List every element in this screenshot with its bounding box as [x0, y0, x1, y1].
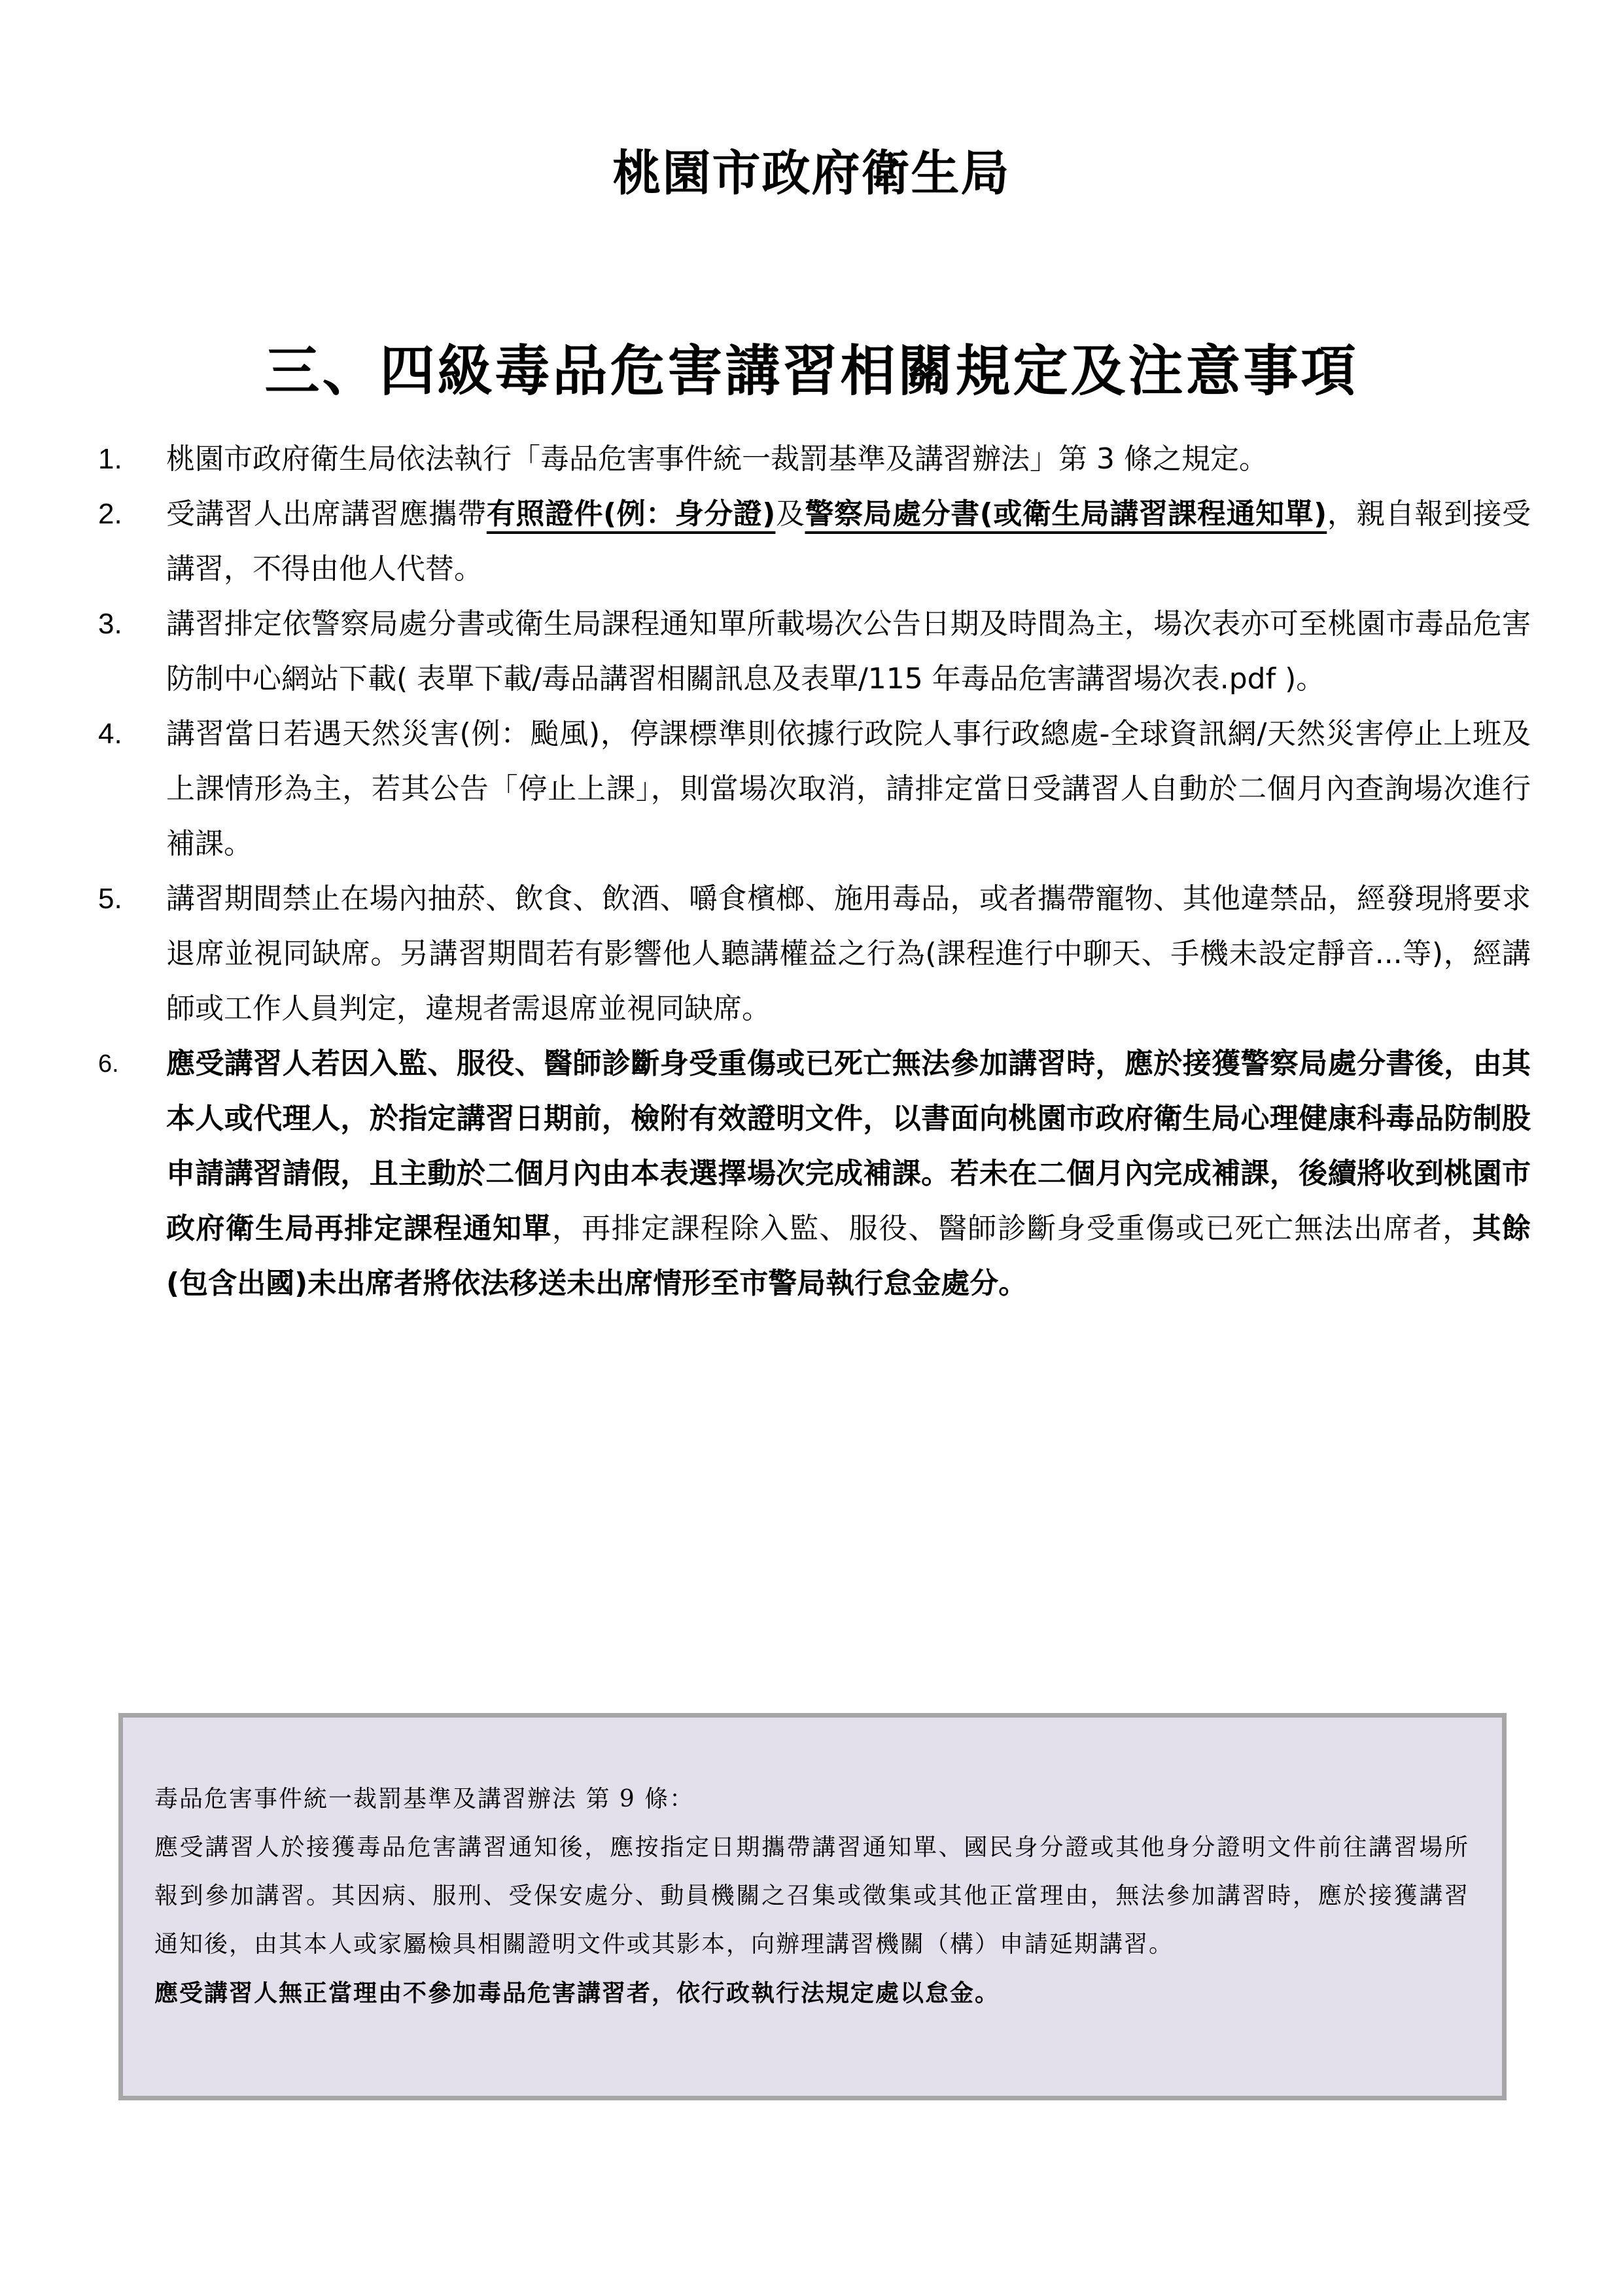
rule-text: 講習期間禁止在場內抽菸、飲食、飲酒、嚼食檳榔、施用毒品，或者攜帶寵物、其他違禁品…: [166, 872, 1531, 1036]
rule-item-4: 4. 講習當日若遇天然災害(例：颱風)，停課標準則依據行政院人事行政總處-全球資…: [98, 707, 1531, 872]
rule-number: 3.: [98, 597, 157, 652]
rule-number: 5.: [98, 872, 157, 927]
rule-item-1: 1. 桃園市政府衛生局依法執行「毒品危害事件統一裁罰基準及講習辦法」第 3 條之…: [98, 432, 1531, 487]
rule-text-segment: 講習排定依警察局處分書或衛生局課程通知單所載場次公告日期及時間為主，場次表亦可至…: [166, 607, 1531, 696]
rule-text: 受講習人出席講習應攜帶有照證件(例：身分證)及警察局處分書(或衛生局講習課程通知…: [166, 487, 1531, 597]
rule-item-3: 3. 講習排定依警察局處分書或衛生局課程通知單所載場次公告日期及時間為主，場次表…: [98, 597, 1531, 707]
required-notice-emphasis: 警察局處分書(或衛生局講習課程通知單): [805, 497, 1327, 531]
rule-text: 桃園市政府衛生局依法執行「毒品危害事件統一裁罰基準及講習辦法」第 3 條之規定。: [166, 432, 1531, 487]
rule-text-segment: 受講習人出席講習應攜帶: [166, 497, 487, 531]
document-title: 三、四級毒品危害講習相關規定及注意事項: [0, 335, 1623, 407]
rule-number: 2.: [98, 487, 157, 542]
rule-text-segment: 及: [775, 497, 805, 531]
legal-note-content: 毒品危害事件統一裁罰基準及講習辦法 第 9 條： 應受講習人於接獲毒品危害講習通…: [154, 1775, 1469, 2017]
rule-number: 4.: [98, 707, 157, 762]
legal-note-box: 毒品危害事件統一裁罰基準及講習辦法 第 9 條： 應受講習人於接獲毒品危害講習通…: [118, 1713, 1507, 2100]
rule-item-5: 5. 講習期間禁止在場內抽菸、飲食、飲酒、嚼食檳榔、施用毒品，或者攜帶寵物、其他…: [98, 872, 1531, 1036]
rule-text-segment: 講習當日若遇天然災害(例：颱風)，停課標準則依據行政院人事行政總處-全球資訊網/…: [166, 717, 1531, 860]
rules-list: 1. 桃園市政府衛生局依法執行「毒品危害事件統一裁罰基準及講習辦法」第 3 條之…: [98, 432, 1531, 1311]
legal-note-body: 應受講習人於接獲毒品危害講習通知後，應按指定日期攜帶講習通知單、國民身分證或其他…: [154, 1824, 1469, 1969]
rule-number: 1.: [98, 432, 157, 487]
legal-note-heading: 毒品危害事件統一裁罰基準及講習辦法 第 9 條：: [154, 1775, 1469, 1824]
rule-text: 應受講習人若因入監、服役、醫師診斷身受重傷或已死亡無法參加講習時，應於接獲警察局…: [166, 1036, 1531, 1311]
rule-text: 講習排定依警察局處分書或衛生局課程通知單所載場次公告日期及時間為主，場次表亦可至…: [166, 597, 1531, 707]
rule-number: 6.: [98, 1036, 157, 1091]
rule-text-segment: 桃園市政府衛生局依法執行「毒品危害事件統一裁罰基準及講習辦法」第 3 條之規定。: [166, 442, 1268, 476]
rule-item-2: 2. 受講習人出席講習應攜帶有照證件(例：身分證)及警察局處分書(或衛生局講習課…: [98, 487, 1531, 597]
rule-text-segment: 講習期間禁止在場內抽菸、飲食、飲酒、嚼食檳榔、施用毒品，或者攜帶寵物、其他違禁品…: [166, 882, 1531, 1025]
legal-note-emphasis: 應受講習人無正當理由不參加毒品危害講習者，依行政執行法規定處以怠金。: [154, 1969, 1469, 2017]
organization-title: 桃園市政府衛生局: [0, 141, 1623, 206]
rule-text-segment: ，再排定課程除入監、服役、醫師診斷身受重傷或已死亡無法出席者，: [552, 1212, 1473, 1245]
rule-text: 講習當日若遇天然災害(例：颱風)，停課標準則依據行政院人事行政總處-全球資訊網/…: [166, 707, 1531, 872]
required-id-emphasis: 有照證件(例：身分證): [487, 497, 776, 531]
rule-item-6: 6. 應受講習人若因入監、服役、醫師診斷身受重傷或已死亡無法參加講習時，應於接獲…: [98, 1036, 1531, 1311]
